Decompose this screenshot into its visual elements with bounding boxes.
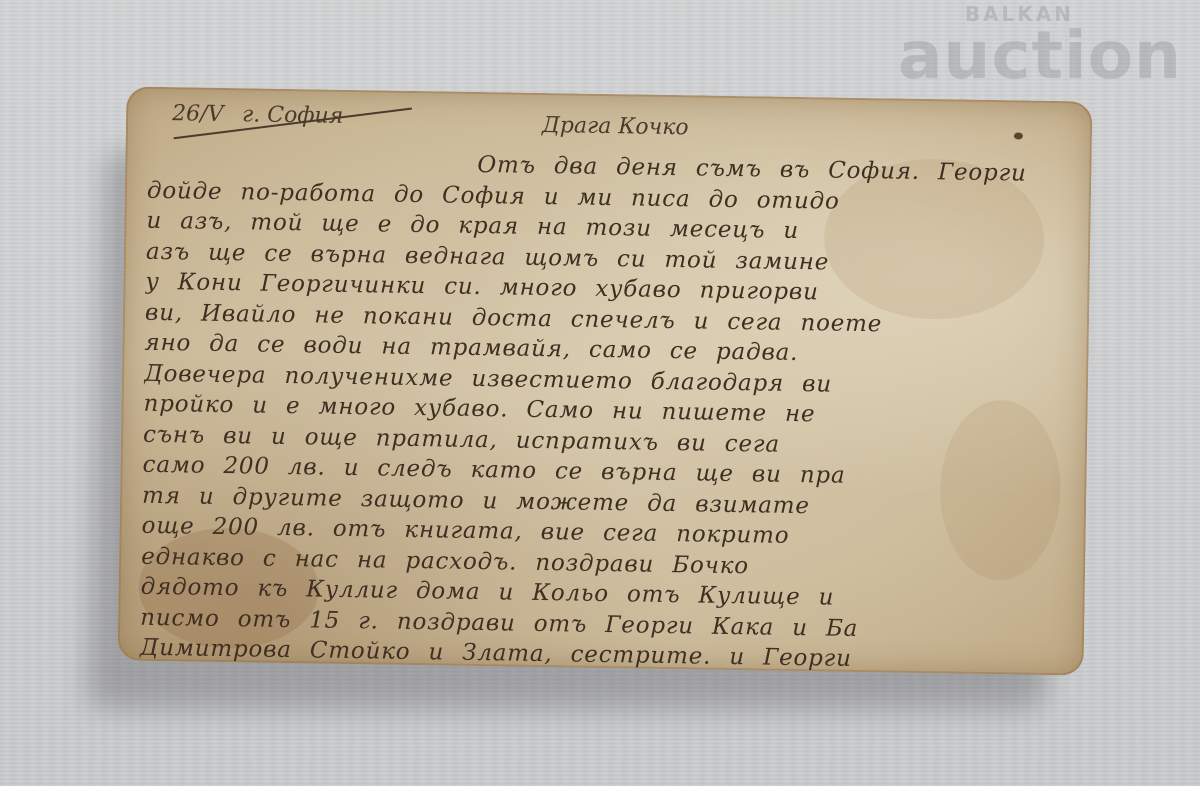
watermark-balkan: BALKAN bbox=[898, 2, 1074, 26]
watermark-auction: auction bbox=[898, 26, 1182, 86]
place-text: г. София bbox=[242, 102, 344, 129]
greeting-text: Драга Кочко bbox=[542, 113, 689, 140]
watermark: BALKAN auction bbox=[898, 2, 1182, 86]
postcard: 26/V г. София Драга Кочко Отъ два деня с… bbox=[118, 86, 1093, 675]
date-text: 26/V bbox=[172, 101, 224, 127]
letter-body: Отъ два деня съмъ въ София. Георги дойде… bbox=[140, 145, 1078, 676]
